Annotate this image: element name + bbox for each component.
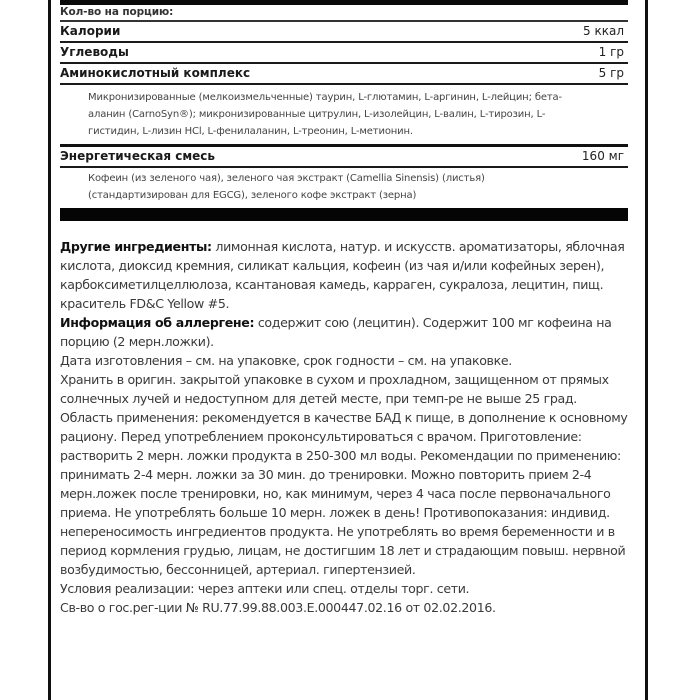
amino-complex-details: Микронизированные (мелкоизмельченные) та… bbox=[60, 85, 628, 144]
nutrient-amount: 160 мг bbox=[582, 149, 624, 163]
label-body-text: Другие ингредиенты: лимонная кислота, на… bbox=[60, 237, 642, 617]
other-ingredients-heading: Другие ингредиенты: bbox=[60, 239, 212, 254]
nutrient-amount: 5 гр bbox=[599, 66, 624, 80]
nutrient-amount: 1 гр bbox=[599, 45, 624, 59]
nutrient-row-energy-blend: Энергетическая смесь 160 мг bbox=[60, 147, 628, 166]
nutrient-name: Углеводы bbox=[60, 45, 129, 59]
nutrient-row-amino-complex: Аминокислотный комплекс 5 гр bbox=[60, 64, 628, 83]
energy-blend-details: Кофеин (из зеленого чая), зеленого чая э… bbox=[60, 168, 628, 206]
nutrient-amount: 5 ккал bbox=[583, 24, 624, 38]
allergen-info-heading: Информация об аллергене: bbox=[60, 315, 254, 330]
production-date-text: Дата изготовления – см. на упаковке, сро… bbox=[60, 351, 642, 370]
nutrient-row-carbs: Углеводы 1 гр bbox=[60, 43, 628, 62]
nutrient-name: Калории bbox=[60, 24, 120, 38]
nutrient-row-calories: Калории 5 ккал bbox=[60, 22, 628, 41]
usage-text: Область применения: рекомендуется в каче… bbox=[60, 408, 642, 579]
allergen-info: Информация об аллергене: содержит сою (л… bbox=[60, 313, 642, 351]
registration-text: Св-во о гос.рег-ции № RU.77.99.88.003.Е.… bbox=[60, 598, 642, 617]
serving-size-label: Кол-во на порцию: bbox=[60, 5, 628, 20]
storage-text: Хранить в оригин. закрытой упаковке в су… bbox=[60, 370, 642, 408]
nutrient-name: Аминокислотный комплекс bbox=[60, 66, 250, 80]
supplement-facts-panel: Кол-во на порцию: Калории 5 ккал Углевод… bbox=[60, 0, 628, 221]
nutrient-name: Энергетическая смесь bbox=[60, 149, 215, 163]
other-ingredients: Другие ингредиенты: лимонная кислота, на… bbox=[60, 237, 642, 313]
bottom-black-bar bbox=[60, 208, 628, 221]
sale-conditions-text: Условия реализации: через аптеки или спе… bbox=[60, 579, 642, 598]
